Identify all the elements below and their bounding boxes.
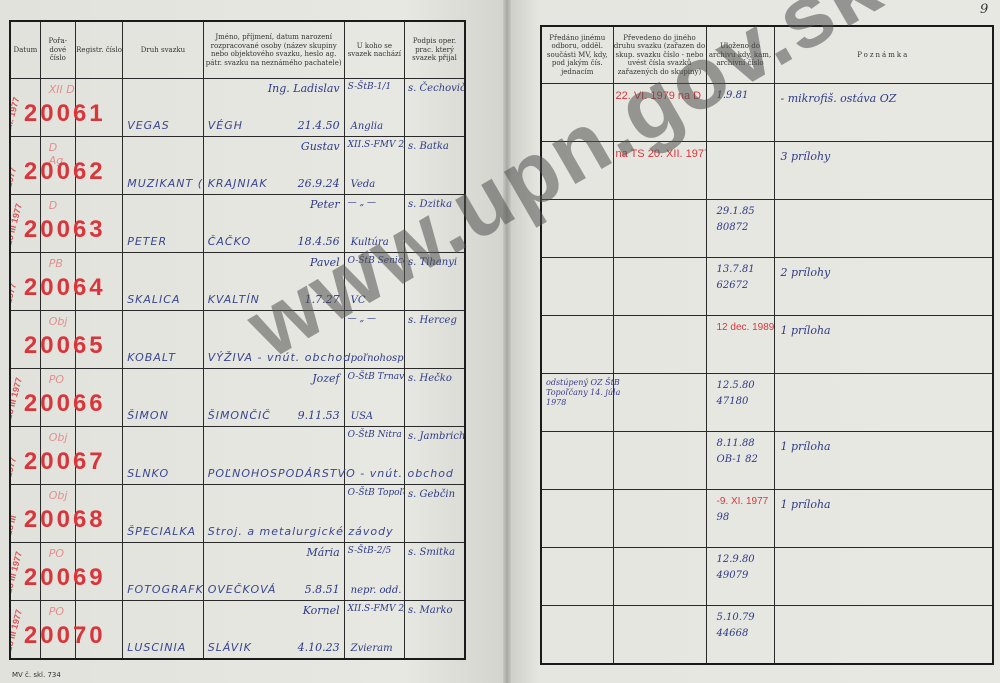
col-header-converted: Převedeno do jiného druhu svazku (zařaze…	[613, 26, 706, 84]
archived-date: 5.10.79	[717, 612, 755, 623]
holder-cell: S-ŠtB-1/1 Anglia	[344, 79, 404, 137]
table-row: III. 1977 XII D 20061 VEGAS Ing. Ladisla…	[10, 79, 465, 137]
surname: ČAČKO	[208, 235, 251, 248]
register-number: 20062	[24, 158, 106, 186]
table-row: na TS 20. XII. 1977 3 prílohy	[541, 142, 993, 200]
holder-cell: O-ŠtB Topoľčany	[344, 485, 404, 543]
file-type-cell: ŠIMON	[123, 369, 204, 427]
note-text: 1 príloha	[781, 498, 831, 511]
col-header-file-type: Druh svazku	[123, 21, 204, 79]
register-number-cell: 20066	[75, 369, 122, 427]
transferred-cell	[541, 490, 613, 548]
birth-date: 5.8.51	[305, 583, 340, 596]
table-row: 28 III 1977 PO 20070 LUSCINIA Kornel SLÁ…	[10, 601, 465, 660]
converted-cell	[613, 316, 706, 374]
holder-area: USA	[351, 411, 374, 422]
category-mark: PO	[49, 373, 64, 386]
note-cell: 3 prílohy	[774, 142, 993, 200]
file-type: FOTOGRAFKA	[127, 583, 203, 596]
archive-number: 49079	[717, 570, 749, 581]
holder-area: nepr. odd.	[351, 585, 402, 596]
register-number-cell: 20062	[75, 137, 122, 195]
archived-cell	[706, 142, 774, 200]
file-type-cell: VEGAS	[123, 79, 204, 137]
category-mark: Obj	[49, 315, 68, 328]
register-number-cell: 20068	[75, 485, 122, 543]
register-number: 20061	[24, 100, 106, 128]
table-row: Obj 20065 KOBALT VÝŽIVA - vnút. obchod —…	[10, 311, 465, 369]
book-gutter	[503, 0, 511, 683]
officer-signature: s. Smitka	[408, 547, 455, 558]
archived-cell: 12.5.80 47180	[706, 374, 774, 432]
archive-number: 98	[717, 512, 730, 523]
register-number-cell: 20065	[75, 311, 122, 369]
note-cell	[774, 548, 993, 606]
category-mark: Obj	[49, 431, 68, 444]
register-number: 20068	[24, 506, 106, 534]
file-type-cell: MUZIKANT (GUSTO)	[123, 137, 204, 195]
officer-signature: s. Herceg	[408, 315, 457, 326]
date-stamp: 1977	[10, 456, 18, 478]
first-name: Kornel	[303, 604, 340, 617]
table-row: 5.10.79 44668	[541, 606, 993, 665]
table-row: 12 dec. 1989 1 príloha	[541, 316, 993, 374]
archived-date: 13.7.81	[717, 264, 755, 275]
converted-cell: 22. VI. 1979 na D	[613, 84, 706, 142]
holder-area: poľnohospod.	[351, 353, 405, 364]
archived-cell: 29.1.85 80872	[706, 200, 774, 258]
category-mark: PO	[49, 605, 64, 618]
register-number: 20066	[24, 390, 106, 418]
archived-cell: 8.11.88 OB-1 82	[706, 432, 774, 490]
archived-date: 12.9.80	[717, 554, 755, 565]
officer-signature: s. Tihanyi	[408, 257, 457, 268]
holder-area: Anglia	[351, 121, 383, 132]
table-row: 29.1.85 80872	[541, 200, 993, 258]
signature-cell: s. Herceg	[405, 311, 465, 369]
person-cell: VÝŽIVA - vnút. obchod	[203, 311, 344, 369]
file-type-cell: FOTOGRAFKA	[123, 543, 204, 601]
table-row: 1977 D Ag. 20062 MUZIKANT (GUSTO) Gustav…	[10, 137, 465, 195]
archived-date: 12 dec. 1989	[717, 322, 775, 333]
date-stamp: 28 III 1977	[10, 608, 24, 652]
header-row: Předáno jinému odboru, odděl. součásti M…	[541, 26, 993, 84]
register-number-cell: 20063	[75, 195, 122, 253]
col-header-note: Poznámka	[774, 26, 993, 84]
first-name: Jozef	[312, 372, 339, 385]
surname: VÝŽIVA - vnút. obchod	[208, 351, 352, 364]
table-row: 28 III 1977 PO 20066 ŠIMON Jozef ŠIMONČI…	[10, 369, 465, 427]
officer-signature: s. Gebčin	[408, 489, 455, 500]
holder-unit: — „ —	[348, 198, 376, 208]
signature-cell: s. Smitka	[405, 543, 465, 601]
archive-number: 44668	[717, 628, 749, 639]
archived-date: 29.1.85	[717, 206, 755, 217]
table-row: 28 III Obj 20068 ŠPECIALKA Stroj. a meta…	[10, 485, 465, 543]
note-cell: - mikrofiš. ostáva OZ	[774, 84, 993, 142]
file-type: MUZIKANT (GUSTO)	[127, 177, 203, 190]
birth-date: 4.10.23	[298, 641, 340, 654]
officer-signature: s. Jambrich	[408, 431, 465, 442]
holder-cell: S-ŠtB-2/5 nepr. odd.	[344, 543, 404, 601]
archived-date: 8.11.88	[717, 438, 755, 449]
file-type-cell: SLNKO	[123, 427, 204, 485]
date-stamp: 28 III	[10, 514, 18, 536]
col-header-transferred: Předáno jinému odboru, odděl. součásti M…	[541, 26, 613, 84]
note-cell	[774, 200, 993, 258]
holder-area: Zvieram	[351, 643, 393, 654]
category-mark: D	[49, 199, 57, 212]
col-header-holder: U koho se svazek nachází	[344, 21, 404, 79]
transferred-cell	[541, 606, 613, 665]
register-number: 20069	[24, 564, 106, 592]
archived-cell: 12.9.80 49079	[706, 548, 774, 606]
birth-date: 9.11.53	[298, 409, 340, 422]
person-cell: Pavel KVALTÍN 1.7.27	[203, 253, 344, 311]
signature-cell: s. Hečko	[405, 369, 465, 427]
note-text: 1 príloha	[781, 324, 831, 337]
date-stamp: 1977	[10, 282, 18, 304]
date-stamp: III. 1977	[10, 96, 21, 130]
date-stamp: 28 III 1977	[10, 550, 24, 594]
table-row: 8.11.88 OB-1 82 1 príloha	[541, 432, 993, 490]
transferred-cell	[541, 258, 613, 316]
file-type-cell: PETER	[123, 195, 204, 253]
note-cell	[774, 606, 993, 665]
note-cell: 1 príloha	[774, 490, 993, 548]
birth-date: 26.9.24	[298, 177, 340, 190]
surname: VÉGH	[208, 119, 243, 132]
holder-cell: — „ — poľnohospod.	[344, 311, 404, 369]
col-header-archived: Uloženo do archivu kdy, kam, archivní čí…	[706, 26, 774, 84]
table-row: 28 III 1977 PO 20069 FOTOGRAFKA Mária OV…	[10, 543, 465, 601]
file-type: PETER	[127, 235, 167, 248]
converted-cell	[613, 606, 706, 665]
file-type: SLNKO	[127, 467, 169, 480]
register-table-right: Předáno jinému odboru, odděl. součásti M…	[540, 25, 994, 665]
date-stamp: 28 III 1977	[10, 376, 24, 420]
table-row: 22. VI. 1979 na D 1.9.81 - mikrofiš. ost…	[541, 84, 993, 142]
birth-date: 21.4.50	[298, 119, 340, 132]
file-type-cell: SKALICA	[123, 253, 204, 311]
person-cell: Jozef ŠIMONČIČ 9.11.53	[203, 369, 344, 427]
converted-cell	[613, 548, 706, 606]
holder-cell: — „ — Kultúra	[344, 195, 404, 253]
archived-date: 12.5.80	[717, 380, 755, 391]
holder-cell: XII.S-FMV 2/3 Zvieram	[344, 601, 404, 660]
col-header-person-name: Jméno, příjmení, datum narození rozpraco…	[203, 21, 344, 79]
transferred-cell: odstúpený OZ ŠtB Topoľčany 14. júla 1978	[541, 374, 613, 432]
converted-cell	[613, 490, 706, 548]
file-type: ŠPECIALKA	[127, 525, 196, 538]
person-cell: Stroj. a metalurgické závody	[203, 485, 344, 543]
transferred-cell	[541, 84, 613, 142]
date-stamp: 25 III 1977	[10, 202, 24, 246]
archived-date: 1.9.81	[717, 90, 749, 101]
table-row: 13.7.81 62672 2 prílohy	[541, 258, 993, 316]
archived-cell: 12 dec. 1989	[706, 316, 774, 374]
holder-unit: XII.S-FMV 2/3	[348, 604, 405, 614]
note-text: 1 príloha	[781, 440, 831, 453]
surname: ŠIMONČIČ	[208, 409, 271, 422]
register-number-cell: 20069	[75, 543, 122, 601]
col-header-order-number: Pořa-dové číslo	[40, 21, 75, 79]
transferred-cell	[541, 432, 613, 490]
holder-cell: O-ŠtB Senica VC	[344, 253, 404, 311]
page-number: 9	[980, 2, 988, 17]
first-name: Gustav	[301, 140, 340, 153]
note-cell: 2 prílohy	[774, 258, 993, 316]
surname: OVEČKOVÁ	[208, 583, 277, 596]
signature-cell: s. Jambrich	[405, 427, 465, 485]
category-mark: XII D	[49, 83, 75, 96]
surname: KVALTÍN	[208, 293, 260, 306]
file-type-cell: KOBALT	[123, 311, 204, 369]
register-number: 20064	[24, 274, 106, 302]
col-header-signature: Podpis oper. prac. který svazek přijal	[405, 21, 465, 79]
table-row: odstúpený OZ ŠtB Topoľčany 14. júla 1978…	[541, 374, 993, 432]
register-table-left: Datum Pořa-dové číslo Registr. číslo Dru…	[9, 20, 466, 660]
register-number: 20063	[24, 216, 106, 244]
holder-area: Veda	[351, 179, 376, 190]
archive-number: 47180	[717, 396, 749, 407]
register-number-cell: 20070	[75, 601, 122, 660]
officer-signature: s. Batka	[408, 141, 449, 152]
holder-unit: O-ŠtB Trnava	[348, 372, 405, 382]
transferred-cell	[541, 200, 613, 258]
file-type: VEGAS	[127, 119, 170, 132]
person-cell: POĽNOHOSPODÁRSTVO - vnút. obchod	[203, 427, 344, 485]
signature-cell: s. Tihanyi	[405, 253, 465, 311]
person-cell: Gustav KRAJNIAK 26.9.24	[203, 137, 344, 195]
signature-cell: s. Gebčin	[405, 485, 465, 543]
transferred-cell	[541, 548, 613, 606]
converted-cell	[613, 432, 706, 490]
holder-unit: XII.S-FMV 2/2	[348, 140, 405, 150]
archive-number: 62672	[717, 280, 749, 291]
file-type-cell: ŠPECIALKA	[123, 485, 204, 543]
table-row: 1977 PB 20064 SKALICA Pavel KVALTÍN 1.7.…	[10, 253, 465, 311]
register-number-cell: 20067	[75, 427, 122, 485]
converted-cell	[613, 200, 706, 258]
surname: SLÁVIK	[208, 641, 252, 654]
holder-cell: O-ŠtB Nitra	[344, 427, 404, 485]
table-row: 1977 Obj 20067 SLNKO POĽNOHOSPODÁRSTVO -…	[10, 427, 465, 485]
category-mark: Obj	[49, 489, 68, 502]
holder-unit: O-ŠtB Topoľčany	[348, 488, 405, 498]
converted-text: na TS 20. XII. 1977	[616, 148, 707, 160]
holder-unit: S-ŠtB-2/5	[348, 546, 392, 556]
officer-signature: s. Marko	[408, 605, 453, 616]
file-type: SKALICA	[127, 293, 180, 306]
holder-unit: O-ŠtB Senica	[348, 256, 405, 266]
archive-number: OB-1 82	[717, 454, 758, 465]
person-cell: Ing. Ladislav VÉGH 21.4.50	[203, 79, 344, 137]
note-cell: 1 príloha	[774, 316, 993, 374]
signature-cell: s. Marko	[405, 601, 465, 660]
converted-cell	[613, 374, 706, 432]
category-mark: PB	[49, 257, 63, 270]
converted-cell: na TS 20. XII. 1977	[613, 142, 706, 200]
transferred-cell	[541, 316, 613, 374]
note-text: 3 prílohy	[781, 150, 831, 163]
file-type-cell: LUSCINIA	[123, 601, 204, 660]
converted-text: 22. VI. 1979 na D	[616, 90, 702, 102]
archived-cell: 1.9.81	[706, 84, 774, 142]
person-cell: Peter ČAČKO 18.4.56	[203, 195, 344, 253]
holder-unit: S-ŠtB-1/1	[348, 82, 392, 92]
person-cell: Mária OVEČKOVÁ 5.8.51	[203, 543, 344, 601]
register-number: 20067	[24, 448, 106, 476]
date-stamp: 1977	[10, 166, 18, 188]
surname: KRAJNIAK	[208, 177, 268, 190]
archived-cell: 13.7.81 62672	[706, 258, 774, 316]
transferred-cell	[541, 142, 613, 200]
archive-number: 80872	[717, 222, 749, 233]
note-cell: 1 príloha	[774, 432, 993, 490]
table-row: -9. XI. 1977 98 1 príloha	[541, 490, 993, 548]
register-number-cell: 20061	[75, 79, 122, 137]
signature-cell: s. Dzitka	[405, 195, 465, 253]
holder-cell: O-ŠtB Trnava USA	[344, 369, 404, 427]
converted-cell	[613, 258, 706, 316]
holder-cell: XII.S-FMV 2/2 Veda	[344, 137, 404, 195]
first-name: Mária	[306, 546, 339, 559]
first-name: Ing. Ladislav	[268, 82, 340, 95]
register-number: 20065	[24, 332, 106, 360]
first-name: Peter	[310, 198, 340, 211]
table-row: 25 III 1977 D 20063 PETER Peter ČAČKO 18…	[10, 195, 465, 253]
signature-cell: s. Čechovič	[405, 79, 465, 137]
holder-unit: O-ŠtB Nitra	[348, 430, 402, 440]
col-header-date: Datum	[10, 21, 40, 79]
archived-date: -9. XI. 1977	[717, 496, 769, 507]
note-text: 2 prílohy	[781, 266, 831, 279]
officer-signature: s. Čechovič	[408, 83, 465, 94]
officer-signature: s. Hečko	[408, 373, 452, 384]
header-row: Datum Pořa-dové číslo Registr. číslo Dru…	[10, 21, 465, 79]
first-name: Pavel	[310, 256, 340, 269]
holder-area: Kultúra	[351, 237, 389, 248]
file-type: LUSCINIA	[127, 641, 186, 654]
signature-cell: s. Batka	[405, 137, 465, 195]
archived-cell: -9. XI. 1977 98	[706, 490, 774, 548]
holder-unit: — „ —	[348, 314, 376, 324]
register-number: 20070	[24, 622, 106, 650]
officer-signature: s. Dzitka	[408, 199, 452, 210]
person-cell: Kornel SLÁVIK 4.10.23	[203, 601, 344, 660]
file-type: KOBALT	[127, 351, 176, 364]
form-code: MV č. skl. 734	[12, 671, 61, 679]
col-header-register-number: Registr. číslo	[75, 21, 122, 79]
birth-date: 18.4.56	[298, 235, 340, 248]
file-type: ŠIMON	[127, 409, 169, 422]
note-text: - mikrofiš. ostáva OZ	[781, 92, 897, 105]
archived-cell: 5.10.79 44668	[706, 606, 774, 665]
register-number-cell: 20064	[75, 253, 122, 311]
category-mark: PO	[49, 547, 64, 560]
table-row: 12.9.80 49079	[541, 548, 993, 606]
holder-area: VC	[351, 295, 366, 306]
birth-date: 1.7.27	[305, 293, 340, 306]
note-cell	[774, 374, 993, 432]
